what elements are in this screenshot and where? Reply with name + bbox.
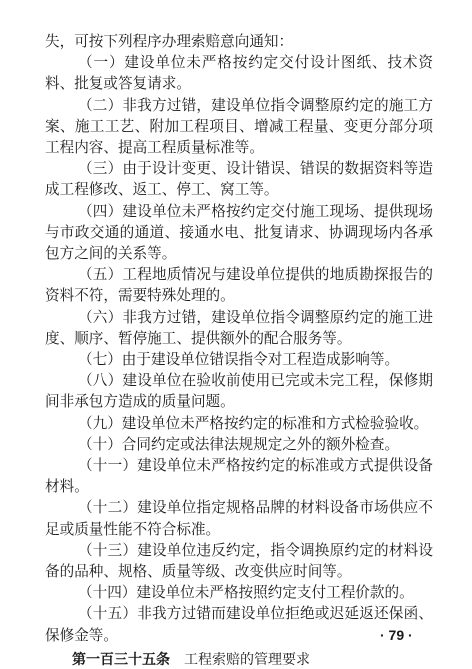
- claim-item-9: （九）建设单位未严格按约定的标准和方式检验验收。: [45, 413, 433, 434]
- claim-item-14: （十四）建设单位未严格按照约定支付工程价款的。: [45, 582, 433, 603]
- claim-item-12: （十二）建设单位指定规格品牌的材料设备市场供应不足或质量性能不符合标准。: [45, 497, 433, 539]
- claim-item-11: （十一）建设单位未严格按约定的标准或方式提供设备材料。: [45, 455, 433, 497]
- claim-item-1: （一）建设单位未严格按约定交付设计图纸、技术资料、批复或答复请求。: [45, 52, 433, 94]
- section-title: 工程索赔的管理要求: [184, 652, 310, 668]
- document-page: 失，可按下列程序办理索赔意向通知： （一）建设单位未严格按约定交付设计图纸、技术…: [45, 31, 433, 669]
- claim-item-8: （八）建设单位在验收前使用已完或未完工程，保修期间非承包方造成的质量问题。: [45, 370, 433, 412]
- claim-item-5: （五）工程地质情况与建设单位提供的地质勘探报告的资料不符，需要特殊处理的。: [45, 264, 433, 306]
- claim-item-3: （三）由于设计变更、设计错误、错误的数据资料等造成工程修改、返工、停工、窝工等。: [45, 158, 433, 200]
- claim-item-10: （十）合同约定或法律法规规定之外的额外检查。: [45, 434, 433, 455]
- claim-item-2: （二）非我方过错，建设单位指令调整原约定的施工方案、施工工艺、附加工程项目、增减…: [45, 95, 433, 159]
- claim-item-13: （十三）建设单位违反约定，指令调换原约定的材料设备的品种、规格、质量等级、改变供…: [45, 540, 433, 582]
- claim-item-6: （六）非我方过错，建设单位指令调整原约定的施工进度、顺序、暂停施工、提供额外的配…: [45, 307, 433, 349]
- section-number: 第一百三十五条: [72, 652, 170, 668]
- section-heading: 第一百三十五条工程索赔的管理要求: [45, 650, 433, 669]
- lead-in-paragraph: 失，可按下列程序办理索赔意向通知：: [45, 31, 433, 52]
- page-number: · 79 ·: [380, 627, 413, 643]
- claim-item-7: （七）由于建设单位错误指令对工程造成影响等。: [45, 349, 433, 370]
- claim-item-15: （十五）非我方过错而建设单位拒绝或迟延返还保函、保修金等。: [45, 603, 433, 645]
- claim-item-4: （四）建设单位未严格按约定交付施工现场、提供现场与市政交通的通道、接通水电、批复…: [45, 201, 433, 265]
